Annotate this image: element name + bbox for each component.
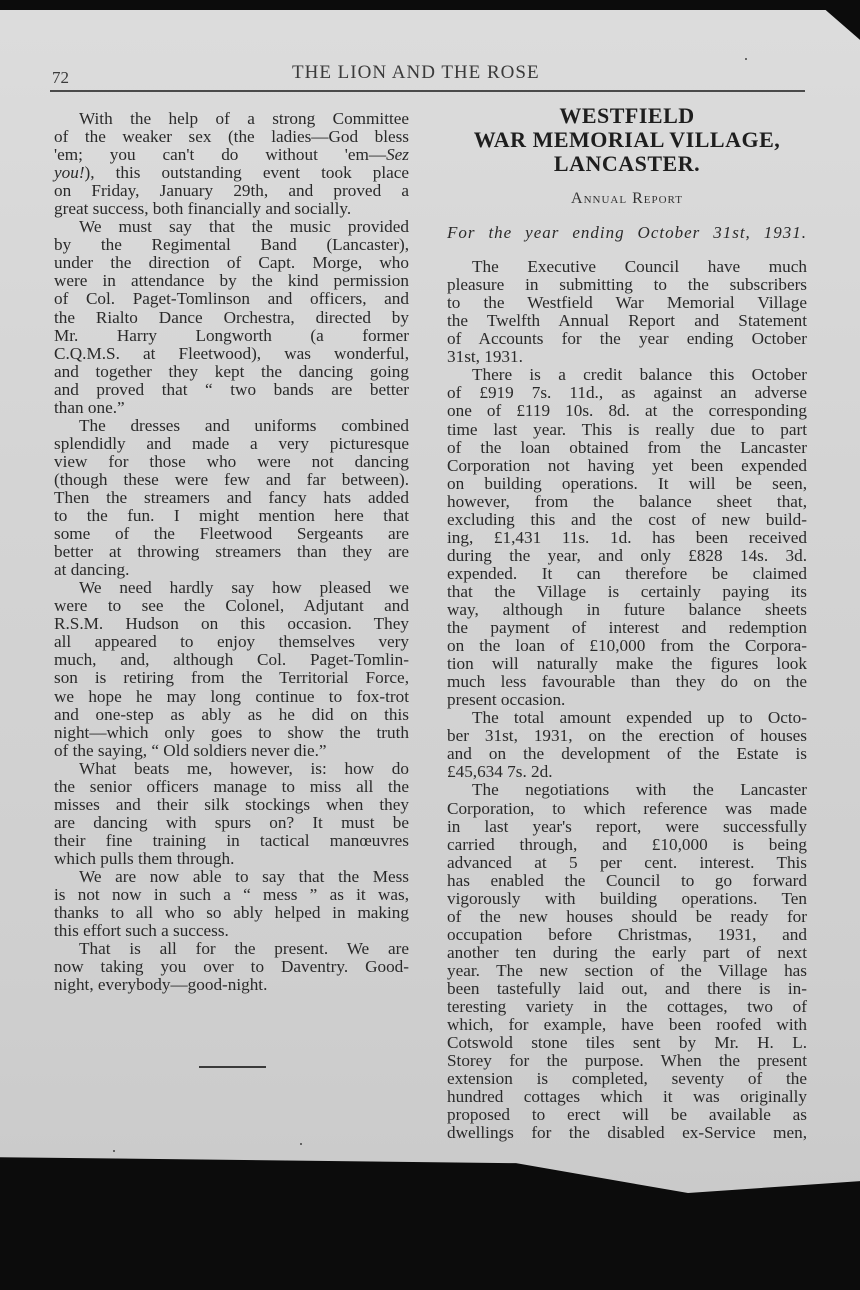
text-line: under the direction of Capt. Morge, who [54, 254, 409, 272]
text-line: teresting variety in the cottages, two o… [447, 998, 807, 1016]
article-subtitle: Annual Report [447, 190, 807, 208]
text-line: night—which only goes to show the truth [54, 724, 409, 742]
text-line: time last year. This is really due to pa… [447, 421, 807, 439]
text-line: splendidly and made a very picturesque [54, 435, 409, 453]
text-line: their fine training in tactical manœuvre… [54, 832, 409, 850]
text-line: to the fun. I might mention here that [54, 507, 409, 525]
text-line: and on the development of the Estate is [447, 745, 807, 763]
text-line: occupation before Christmas, 1931, and [447, 926, 807, 944]
text-line: extension is completed, seventy of the [447, 1070, 807, 1088]
text-line: on Friday, January 29th, and proved a [54, 182, 409, 200]
text-line: present occasion. [447, 691, 807, 709]
text-line: during the year, and only £828 14s. 3d. [447, 547, 807, 565]
text-line: Corporation, to which reference was made [447, 800, 807, 818]
text-line: all appeared to enjoy themselves very [54, 633, 409, 651]
text-line: of Col. Paget-Tomlinson and officers, an… [54, 290, 409, 308]
text-line: pleasure in submitting to the subscriber… [447, 276, 807, 294]
text-line: 'em; you can't do without 'em—Sez [54, 146, 409, 164]
text-line: the senior officers manage to miss all t… [54, 778, 409, 796]
text-line: in last year's report, were successfully [447, 818, 807, 836]
text-line: Corporation not having yet been expended [447, 457, 807, 475]
paper-speck [745, 58, 747, 60]
text-line: excluding this and the cost of new build… [447, 511, 807, 529]
text-line: thanks to all who so ably helped in maki… [54, 904, 409, 922]
title-line: LANCASTER. [447, 152, 807, 176]
text-line: you!), this outstanding event took place [54, 164, 409, 182]
text-line: Then the streamers and fancy hats added [54, 489, 409, 507]
text-line: year. The new section of the Village has [447, 962, 807, 980]
text-line: another ten during the early part of nex… [447, 944, 807, 962]
text-line: were in attendance by the kind permissio… [54, 272, 409, 290]
text-line: are dancing with spurs on? It must be [54, 814, 409, 832]
text-line: is not now in such a “ mess ” as it was, [54, 886, 409, 904]
text-line: of the loan obtained from the Lancaster [447, 439, 807, 457]
text-line: been tastefully laid out, and there is i… [447, 980, 807, 998]
title-line: WAR MEMORIAL VILLAGE, [447, 128, 807, 152]
text-line: C.Q.M.S. at Fleetwood), was wonderful, [54, 345, 409, 363]
running-title: THE LION AND THE ROSE [292, 62, 540, 84]
text-line: this effort such a success. [54, 922, 409, 940]
text-line: much, and, although Col. Paget-Tomlin- [54, 651, 409, 669]
text-line: by the Regimental Band (Lancaster), [54, 236, 409, 254]
text-line: dwellings for the disabled ex-Service me… [447, 1124, 807, 1142]
text-line: to the Westfield War Memorial Village [447, 294, 807, 312]
text-line: view for those who were not dancing [54, 453, 409, 471]
section-divider [199, 1066, 266, 1068]
text-line: great success, both financially and soci… [54, 200, 409, 218]
text-line: better at throwing streamers than they a… [54, 543, 409, 561]
text-line: the Rialto Dance Orchestra, directed by [54, 309, 409, 327]
text-line: of the weaker sex (the ladies—God bless [54, 128, 409, 146]
text-line: on building operations. It will be seen, [447, 475, 807, 493]
text-line: We must say that the music provided [54, 218, 409, 236]
text-line: carried through, and £10,000 is being [447, 836, 807, 854]
text-line: expended. It can therefore be claimed [447, 565, 807, 583]
text-line: and proved that “ two bands are better [54, 381, 409, 399]
text-line: We are now able to say that the Mess [54, 868, 409, 886]
article-title: WESTFIELD WAR MEMORIAL VILLAGE, LANCASTE… [447, 104, 807, 176]
text-line: The total amount expended up to Octo- [447, 709, 807, 727]
text-line: son is retiring from the Territorial For… [54, 669, 409, 687]
text-line: The negotiations with the Lancaster [447, 781, 807, 799]
text-line: advanced at 5 per cent. interest. This [447, 854, 807, 872]
text-line: much less favourable than they do on the [447, 673, 807, 691]
text-line: were to see the Colonel, Adjutant and [54, 597, 409, 615]
left-column-article: With the help of a strong Committeeof th… [54, 110, 409, 994]
text-line: some of the Fleetwood Sergeants are [54, 525, 409, 543]
text-line: one of £119 10s. 8d. at the correspondin… [447, 402, 807, 420]
text-line: which pulls them through. [54, 850, 409, 868]
text-line: ber 31st, 1931, on the erection of house… [447, 727, 807, 745]
text-line: The Executive Council have much [447, 258, 807, 276]
text-line: now taking you over to Daventry. Good- [54, 958, 409, 976]
paper-speck [113, 1150, 115, 1152]
text-line: ing, £1,431 11s. 1d. has been received [447, 529, 807, 547]
text-line: way, although in future balance sheets [447, 601, 807, 619]
text-line: which, for example, have been roofed wit… [447, 1016, 807, 1034]
text-line: night, everybody—good-night. [54, 976, 409, 994]
text-line: (though these were few and far between). [54, 471, 409, 489]
text-line: the Twelfth Annual Report and Statement [447, 312, 807, 330]
text-line: of the saying, “ Old soldiers never die.… [54, 742, 409, 760]
text-line: R.S.M. Hudson on this occasion. They [54, 615, 409, 633]
text-line: Cotswold stone tiles sent by Mr. H. L. [447, 1034, 807, 1052]
text-line: Mr. Harry Longworth (a former [54, 327, 409, 345]
text-line: and together they kept the dancing going [54, 363, 409, 381]
right-column-article: WESTFIELD WAR MEMORIAL VILLAGE, LANCASTE… [447, 104, 807, 1142]
text-line: however, from the balance sheet that, [447, 493, 807, 511]
text-line: Storey for the purpose. When the present [447, 1052, 807, 1070]
text-line: What beats me, however, is: how do [54, 760, 409, 778]
report-body: The Executive Council have muchpleasure … [447, 258, 807, 1142]
text-line: we hope he may long continue to fox-trot [54, 688, 409, 706]
page-number: 72 [52, 68, 69, 88]
title-line: WESTFIELD [447, 104, 807, 128]
text-line: 31st, 1931. [447, 348, 807, 366]
text-line: proposed to erect will be available as [447, 1106, 807, 1124]
text-line: has enabled the Council to go forward [447, 872, 807, 890]
text-line: of Accounts for the year ending October [447, 330, 807, 348]
text-line: on the loan of £10,000 from the Corpora- [447, 637, 807, 655]
text-line: That is all for the present. We are [54, 940, 409, 958]
text-line: the payment of interest and redemption [447, 619, 807, 637]
text-line: of the new houses should be ready for [447, 908, 807, 926]
text-line: hundred cottages which it was originally [447, 1088, 807, 1106]
text-line: and one-step as ably as he did on this [54, 706, 409, 724]
text-line: at dancing. [54, 561, 409, 579]
text-line: There is a credit balance this October [447, 366, 807, 384]
paper-speck [300, 1143, 302, 1145]
text-line: The dresses and uniforms combined [54, 417, 409, 435]
text-line: than one.” [54, 399, 409, 417]
text-line: misses and their silk stockings when the… [54, 796, 409, 814]
text-line: £45,634 7s. 2d. [447, 763, 807, 781]
text-line: that the Village is certainly paying its [447, 583, 807, 601]
text-line: vigorously with building operations. Ten [447, 890, 807, 908]
text-line: of £919 7s. 11d., as against an adverse [447, 384, 807, 402]
header-rule [50, 90, 805, 92]
text-line: tion will naturally make the figures loo… [447, 655, 807, 673]
text-line: We need hardly say how pleased we [54, 579, 409, 597]
text-line: With the help of a strong Committee [54, 110, 409, 128]
report-period: For the year ending October 31st, 1931. [447, 224, 807, 242]
magazine-page: 72 THE LION AND THE ROSE With the help o… [0, 10, 860, 1205]
